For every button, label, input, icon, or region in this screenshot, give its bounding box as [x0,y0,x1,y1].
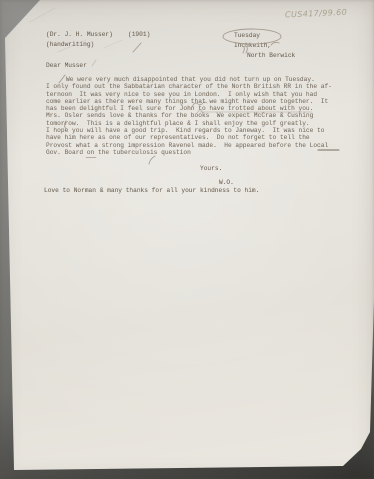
closing: Yours. [200,165,222,172]
salutation: Dear Musser [46,62,87,69]
attribution-note: (handwriting) [46,41,94,48]
body-line: I only found out the Sabbatarian charact… [46,83,346,90]
signature: W.O. [219,179,234,186]
body-line: Provost what a strong impression Ravenel… [46,142,346,149]
letter-body: We were very much disappointed that you … [46,76,346,156]
dateline-town: North Berwick [247,52,295,59]
body-line: Gov. Board on the tuberculosis question [46,149,346,156]
body-line: tomorrow. This is a delightful place & I… [46,120,346,127]
year-note: (1901) [128,31,150,38]
body-line: has been delightful I feel sure for John… [46,105,346,112]
body-line: ternoon It was very nice to see you in L… [46,91,346,98]
dateline-house: Inchkeith, [234,42,271,49]
page-shading [0,0,374,479]
postscript: Love to Norman & many thanks for all you… [44,187,259,194]
scanned-letter-photo: CUS417/99.60 (Dr. J. H. Musser) (handwri… [0,0,374,479]
body-line: come earlier as there were many things t… [46,98,346,105]
body-line: have him here as one of our representati… [46,134,346,141]
body-line: I hope you will have a good trip. Kind r… [46,127,346,134]
dateline-day: Tuesday [234,32,260,39]
body-line: Mrs. Osler sends love & thanks for the b… [46,112,346,119]
attribution-line: (Dr. J. H. Musser) [46,31,113,38]
body-line: We were very much disappointed that you … [46,76,346,83]
